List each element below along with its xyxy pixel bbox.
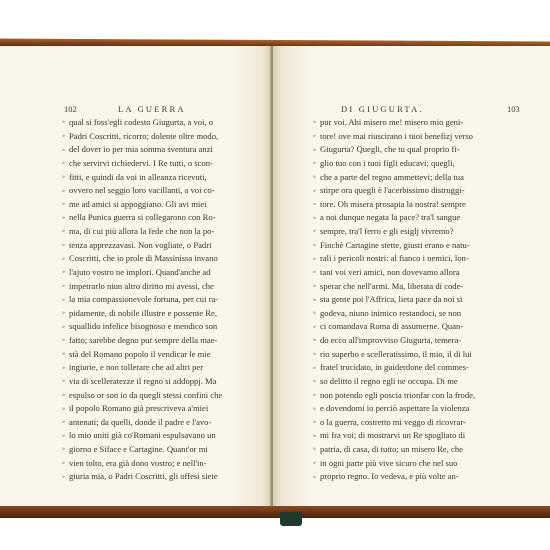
- line-text: la mia compassionevole fortuna, per cui …: [69, 294, 218, 304]
- quote-mark: »: [313, 348, 320, 361]
- text-line: »e dovendomi io perciò aspettare la viol…: [313, 402, 475, 416]
- text-line: »sempre, tra'l ferro e gli esiglj vivrem…: [313, 225, 475, 239]
- left-page-body: »qual si foss'egli codesto Giugurta, a v…: [62, 116, 222, 484]
- left-page: 102 LA GUERRA »qual si foss'egli codesto…: [0, 46, 271, 508]
- text-line: »Padri Coscritti, ricorro; dolente oltre…: [62, 130, 222, 144]
- line-text: giorno e Siface e Cartagine. Quant'or mi: [69, 444, 208, 454]
- text-line: »giuria mia, o Padri Coscritti, gli offe…: [62, 470, 222, 484]
- line-text: sperar che nell'armi. Ma, liberata di co…: [320, 281, 463, 291]
- line-text: tore! ove mai riuscirano i tuoi benefizj…: [320, 131, 473, 141]
- line-text: non potendo egli poscia trionfar con la …: [320, 390, 475, 400]
- line-text: stà del Romano popolo il vendicar le mie: [69, 349, 211, 359]
- text-line: »godeva, niuno inimico restandoci, se no…: [313, 307, 475, 321]
- line-text: ingiurie, e non tollerare che ad altri p…: [69, 362, 203, 372]
- line-text: nella Punica guerra si collegarono con R…: [69, 212, 216, 222]
- right-page: DI GIUGURTA. 103 »pur voi. Ahi misero me…: [273, 46, 550, 508]
- line-text: tore. Oh misera prosapia la nostra! semp…: [320, 199, 466, 209]
- quote-mark: »: [313, 212, 320, 225]
- quote-mark: »: [313, 307, 320, 320]
- quote-mark: »: [62, 144, 69, 157]
- text-line: »stirpe ora quegli è l'acerbissimo distr…: [313, 184, 475, 198]
- left-running-head: LA GUERRA: [118, 104, 186, 114]
- line-text: a noi dunque negata la pace? tra'l sangu…: [320, 212, 460, 222]
- line-text: ovvero nel seggio loro vacillanti, a voi…: [69, 185, 215, 195]
- text-line: »mi fra voi; di mostrarvi un Re spogliat…: [313, 429, 475, 443]
- quote-mark: »: [313, 239, 320, 252]
- quote-mark: »: [62, 280, 69, 293]
- line-text: lo mio uniti già co'Romani espulsavano u…: [69, 430, 216, 440]
- line-text: il popolo Romano già prescriveva a'miei: [69, 403, 208, 413]
- text-line: »ingiurie, e non tollerare che ad altri …: [62, 361, 222, 375]
- text-line: »o la guerra, costretto mi veggo di rico…: [313, 416, 475, 430]
- text-line: »del dover io per mia somma sventura anz…: [62, 143, 222, 157]
- text-line: »pur voi. Ahi misero me! misero mio geni…: [313, 116, 475, 130]
- quote-mark: »: [62, 116, 69, 129]
- quote-mark: »: [313, 321, 320, 334]
- quote-mark: »: [313, 389, 320, 402]
- quote-mark: »: [62, 334, 69, 347]
- quote-mark: »: [62, 403, 69, 416]
- right-running-head: DI GIUGURTA.: [341, 104, 424, 114]
- line-text: qual si foss'egli codesto Giugurta, a vo…: [69, 117, 213, 127]
- text-line: »do ecco all'improvviso Giugurta, temera…: [313, 334, 475, 348]
- text-line: »sperar che nell'armi. Ma, liberata di c…: [313, 280, 475, 294]
- open-book: 102 LA GUERRA »qual si foss'egli codesto…: [0, 40, 550, 518]
- quote-mark: »: [62, 130, 69, 143]
- text-line: »me ad amici si appoggiano. Gli avi miei: [62, 198, 222, 212]
- text-line: »espulso or son io da quegli stessi conf…: [62, 389, 222, 403]
- line-text: vien tolto, era già dono vostro; e nell'…: [69, 458, 207, 468]
- quote-mark: »: [313, 443, 320, 456]
- text-line: »ci comandava Roma di assumerne. Quan-: [313, 320, 475, 334]
- quote-mark: »: [62, 294, 69, 307]
- line-text: del dover io per mia somma sventura anzi: [69, 144, 213, 154]
- line-text: mi fra voi; di mostrarvi un Re spogliato…: [320, 430, 465, 440]
- line-text: godeva, niuno inimico restandoci, se non: [320, 308, 461, 318]
- text-line: »vien tolto, era già dono vostro; e nell…: [62, 457, 222, 471]
- text-line: »squallido infelice bisognoso e mendico …: [62, 320, 222, 334]
- quote-mark: »: [62, 157, 69, 170]
- quote-mark: »: [62, 362, 69, 375]
- line-text: rio superbo e scelleratissimo, il mio, i…: [320, 349, 472, 359]
- right-page-number: 103: [507, 104, 520, 114]
- quote-mark: »: [313, 294, 320, 307]
- quote-mark: »: [313, 253, 320, 266]
- quote-mark: »: [313, 130, 320, 143]
- line-text: in ogni parte più vive sicuro che nel su…: [320, 458, 457, 468]
- text-line: »fratel trucidato, in guiderdone del com…: [313, 361, 475, 375]
- text-line: »fitti, e quindi da voi in alleanza rice…: [62, 171, 222, 185]
- quote-mark: »: [313, 362, 320, 375]
- line-text: Padri Coscritti, ricorro; dolente oltre …: [69, 131, 218, 141]
- line-text: ma, di cui più allora la fede che non la…: [69, 226, 214, 236]
- text-line: »via di scelleratezze il regno si addopp…: [62, 375, 222, 389]
- line-text: glio tuo con i tuoi figli educavi; quegl…: [320, 158, 455, 168]
- line-text: Coscritti, che io prole di Massinissa in…: [69, 253, 218, 263]
- quote-mark: »: [62, 430, 69, 443]
- text-line: »giorno e Siface e Cartagine. Quant'or m…: [62, 443, 222, 457]
- quote-mark: »: [62, 471, 69, 484]
- text-line: »qual si foss'egli codesto Giugurta, a v…: [62, 116, 222, 130]
- line-text: fatto; sarebbe degno pur sempre della ma…: [69, 335, 217, 345]
- text-line: »pidamente, di nobile illustre e possent…: [62, 307, 222, 321]
- line-text: sempre, tra'l ferro e gli esiglj vivremo…: [320, 226, 454, 236]
- text-line: »so delitto il regno egli ne occupa. Di …: [313, 375, 475, 389]
- quote-mark: »: [62, 185, 69, 198]
- line-text: tenza apprezzavasi. Non vogliate, o Padr…: [69, 240, 211, 250]
- line-text: patria, di casa, di tutto; un misero Re,…: [320, 444, 463, 454]
- line-text: fratel trucidato, in guiderdone del comm…: [320, 362, 469, 372]
- right-page-body: »pur voi. Ahi misero me! misero mio geni…: [313, 116, 475, 484]
- line-text: l'ajuto vostro ne implori. Quand'anche a…: [69, 267, 211, 277]
- line-text: pur voi. Ahi misero me! misero mio geni-: [320, 117, 463, 127]
- quote-mark: »: [313, 185, 320, 198]
- line-text: pidamente, di nobile illustre e possente…: [69, 308, 217, 318]
- bookmark-ribbon: [280, 512, 302, 526]
- text-line: »sta gente poi l'Affrica, lieta pace da …: [313, 293, 475, 307]
- text-line: »il popolo Romano già prescriveva a'miei: [62, 402, 222, 416]
- quote-mark: »: [62, 253, 69, 266]
- text-line: »Giugurta? Quegli, che tu qual proprio f…: [313, 143, 475, 157]
- text-line: »l'ajuto vostro ne implori. Quand'anche …: [62, 266, 222, 280]
- line-text: che a parte del regno ammettevi; della t…: [320, 172, 464, 182]
- line-text: fitti, e quindi da voi in alleanza ricev…: [69, 172, 207, 182]
- quote-mark: »: [62, 266, 69, 279]
- text-line: »ovvero nel seggio loro vacillanti, a vo…: [62, 184, 222, 198]
- line-text: Finchè Cartagine stette, giusti erano e …: [320, 240, 470, 250]
- left-page-number: 102: [64, 104, 77, 114]
- line-text: proprio regno. Io vedeva, e più volte an…: [320, 471, 459, 481]
- text-line: »tani voi veri amici, non dovevamo allor…: [313, 266, 475, 280]
- quote-mark: »: [313, 157, 320, 170]
- text-line: »proprio regno. Io vedeva, e più volte a…: [313, 470, 475, 484]
- quote-mark: »: [313, 457, 320, 470]
- line-text: espulso or son io da quegli stessi confi…: [69, 390, 222, 400]
- line-text: o la guerra, costretto mi veggo di ricov…: [320, 417, 466, 427]
- line-text: ci comandava Roma di assumerne. Quan-: [320, 321, 463, 331]
- text-line: »fatto; sarebbe degno pur sempre della m…: [62, 334, 222, 348]
- text-line: »antenati; da quelli, donde il padre e l…: [62, 416, 222, 430]
- quote-mark: »: [62, 212, 69, 225]
- line-text: rali i pericoli nostri: al fianco i nemi…: [320, 253, 469, 263]
- line-text: Giugurta? Quegli, che tu qual proprio fi…: [320, 144, 460, 154]
- quote-mark: »: [313, 266, 320, 279]
- line-text: e dovendomi io perciò aspettare la viole…: [320, 403, 469, 413]
- quote-mark: »: [62, 198, 69, 211]
- text-line: »non potendo egli poscia trionfar con la…: [313, 389, 475, 403]
- line-text: so delitto il regno egli ne occupa. Di m…: [320, 376, 458, 386]
- quote-mark: »: [313, 280, 320, 293]
- line-text: via di scelleratezze il regno si addoppj…: [69, 376, 216, 386]
- line-text: giuria mia, o Padri Coscritti, gli offes…: [69, 471, 218, 481]
- quote-mark: »: [62, 171, 69, 184]
- line-text: antenati; da quelli, donde il padre e l'…: [69, 417, 211, 427]
- text-line: »che a parte del regno ammettevi; della …: [313, 171, 475, 185]
- quote-mark: »: [62, 416, 69, 429]
- line-text: che servirvi richiedervi. I Re tutti, o …: [69, 158, 213, 168]
- text-line: »tore! ove mai riuscirano i tuoi benefiz…: [313, 130, 475, 144]
- quote-mark: »: [62, 375, 69, 388]
- quote-mark: »: [313, 171, 320, 184]
- text-line: »Finchè Cartagine stette, giusti erano e…: [313, 239, 475, 253]
- quote-mark: »: [62, 348, 69, 361]
- line-text: sta gente poi l'Affrica, lieta pace da n…: [320, 294, 462, 304]
- quote-mark: »: [62, 443, 69, 456]
- text-line: »ma, di cui più allora la fede che non l…: [62, 225, 222, 239]
- quote-mark: »: [313, 225, 320, 238]
- line-text: impetrarlo niun altro diritto mi avessi,…: [69, 281, 214, 291]
- text-line: »rio superbo e scelleratissimo, il mio, …: [313, 348, 475, 362]
- text-line: »nella Punica guerra si collegarono con …: [62, 211, 222, 225]
- text-line: »impetrarlo niun altro diritto mi avessi…: [62, 280, 222, 294]
- quote-mark: »: [313, 144, 320, 157]
- text-line: »glio tuo con i tuoi figli educavi; queg…: [313, 157, 475, 171]
- quote-mark: »: [313, 198, 320, 211]
- text-line: »stà del Romano popolo il vendicar le mi…: [62, 348, 222, 362]
- text-line: »che servirvi richiedervi. I Re tutti, o…: [62, 157, 222, 171]
- quote-mark: »: [313, 116, 320, 129]
- text-line: »in ogni parte più vive sicuro che nel s…: [313, 457, 475, 471]
- text-line: »Coscritti, che io prole di Massinissa i…: [62, 252, 222, 266]
- quote-mark: »: [62, 239, 69, 252]
- quote-mark: »: [62, 307, 69, 320]
- text-line: »la mia compassionevole fortuna, per cui…: [62, 293, 222, 307]
- text-line: »tore. Oh misera prosapia la nostra! sem…: [313, 198, 475, 212]
- text-line: »lo mio uniti già co'Romani espulsavano …: [62, 429, 222, 443]
- quote-mark: »: [313, 375, 320, 388]
- text-line: »patria, di casa, di tutto; un misero Re…: [313, 443, 475, 457]
- line-text: me ad amici si appoggiano. Gli avi miei: [69, 199, 206, 209]
- quote-mark: »: [313, 416, 320, 429]
- text-line: »rali i pericoli nostri: al fianco i nem…: [313, 252, 475, 266]
- quote-mark: »: [313, 471, 320, 484]
- quote-mark: »: [62, 321, 69, 334]
- line-text: stirpe ora quegli è l'acerbissimo distru…: [320, 185, 465, 195]
- line-text: tani voi veri amici, non dovevamo allora: [320, 267, 460, 277]
- book-cover-bottom-edge: [0, 506, 550, 518]
- quote-mark: »: [62, 457, 69, 470]
- line-text: squallido infelice bisognoso e mendico s…: [69, 321, 217, 331]
- quote-mark: »: [62, 389, 69, 402]
- quote-mark: »: [313, 403, 320, 416]
- quote-mark: »: [62, 225, 69, 238]
- text-line: »a noi dunque negata la pace? tra'l sang…: [313, 211, 475, 225]
- text-line: »tenza apprezzavasi. Non vogliate, o Pad…: [62, 239, 222, 253]
- quote-mark: »: [313, 334, 320, 347]
- line-text: do ecco all'improvviso Giugurta, temera-: [320, 335, 461, 345]
- quote-mark: »: [313, 430, 320, 443]
